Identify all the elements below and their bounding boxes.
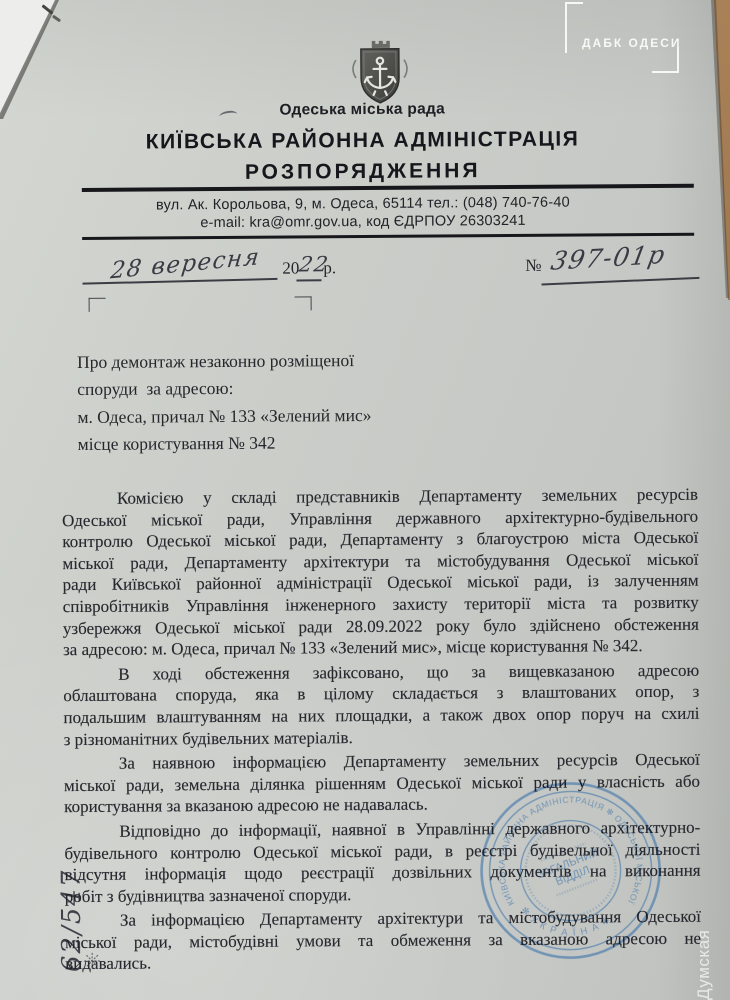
document-page: Одеська міська рада КИЇВСЬКА РАЙОННА АДМ… [0, 0, 730, 1000]
administration-title: КИЇВСЬКА РАЙОННА АДМІНІСТРАЦІЯ [0, 126, 728, 155]
body-line: з різноманітних будівельних матеріалів. [64, 724, 700, 750]
address-line-2: e-mail: kra@omr.gov.ua, код ЄДРПОУ 26303… [0, 211, 728, 232]
subject-line: Про демонтаж незаконно розміщеної [77, 346, 437, 376]
watermark-bracket-bottom-right [652, 47, 679, 73]
body-paragraph: В ході обстеження зафіксовано, що за вищ… [63, 659, 700, 750]
handwritten-number: 397-01р [549, 240, 669, 276]
dumskaya-watermark: Думская [694, 896, 724, 1000]
official-round-stamp: КИЇВСЬКА РАЙОННА АДМІНІСТРАЦІЯ ✻ ОДЕСЬКО… [474, 778, 667, 971]
crop-mark-right [295, 296, 312, 310]
document-photo: Одеська міська рада КИЇВСЬКА РАЙОННА АДМ… [0, 0, 730, 1000]
header-rule-bottom [82, 233, 694, 240]
subject-line: місце користування № 342 [78, 429, 438, 459]
year-suffix: р. [323, 258, 336, 278]
stamp-bottom-text: ✻ У К Р А Ї Н А ✻ [518, 904, 613, 939]
odesa-coat-of-arms-icon [348, 36, 413, 110]
org-name: Одеська міська рада [0, 98, 727, 121]
body-line: за адресою: м. Одеса, причал № 133 «Зеле… [63, 635, 699, 661]
subject-line: м. Одеса, причал № 133 «Зелений мис» [77, 401, 437, 431]
watermark-bracket-top-left [565, 2, 583, 53]
number-sign: № [525, 256, 541, 276]
starburst-ink-mark [83, 952, 101, 970]
year-underline [296, 279, 321, 281]
crop-mark-left [89, 298, 106, 312]
svg-text:✻ У К Р А Ї Н А ✻: ✻ У К Р А Ї Н А ✻ [518, 904, 613, 939]
subject-block: Про демонтаж незаконно розміщеноїспоруди… [77, 346, 438, 458]
document-type-title: РОЗПОРЯДЖЕННЯ [0, 157, 728, 186]
subject-line: споруди за адресою: [77, 374, 437, 404]
body-paragraph: Комісією у складі представників Департам… [62, 484, 699, 661]
body-line: подальшим влаштуванням на них площадки, … [63, 703, 699, 729]
number-underline [542, 277, 700, 285]
